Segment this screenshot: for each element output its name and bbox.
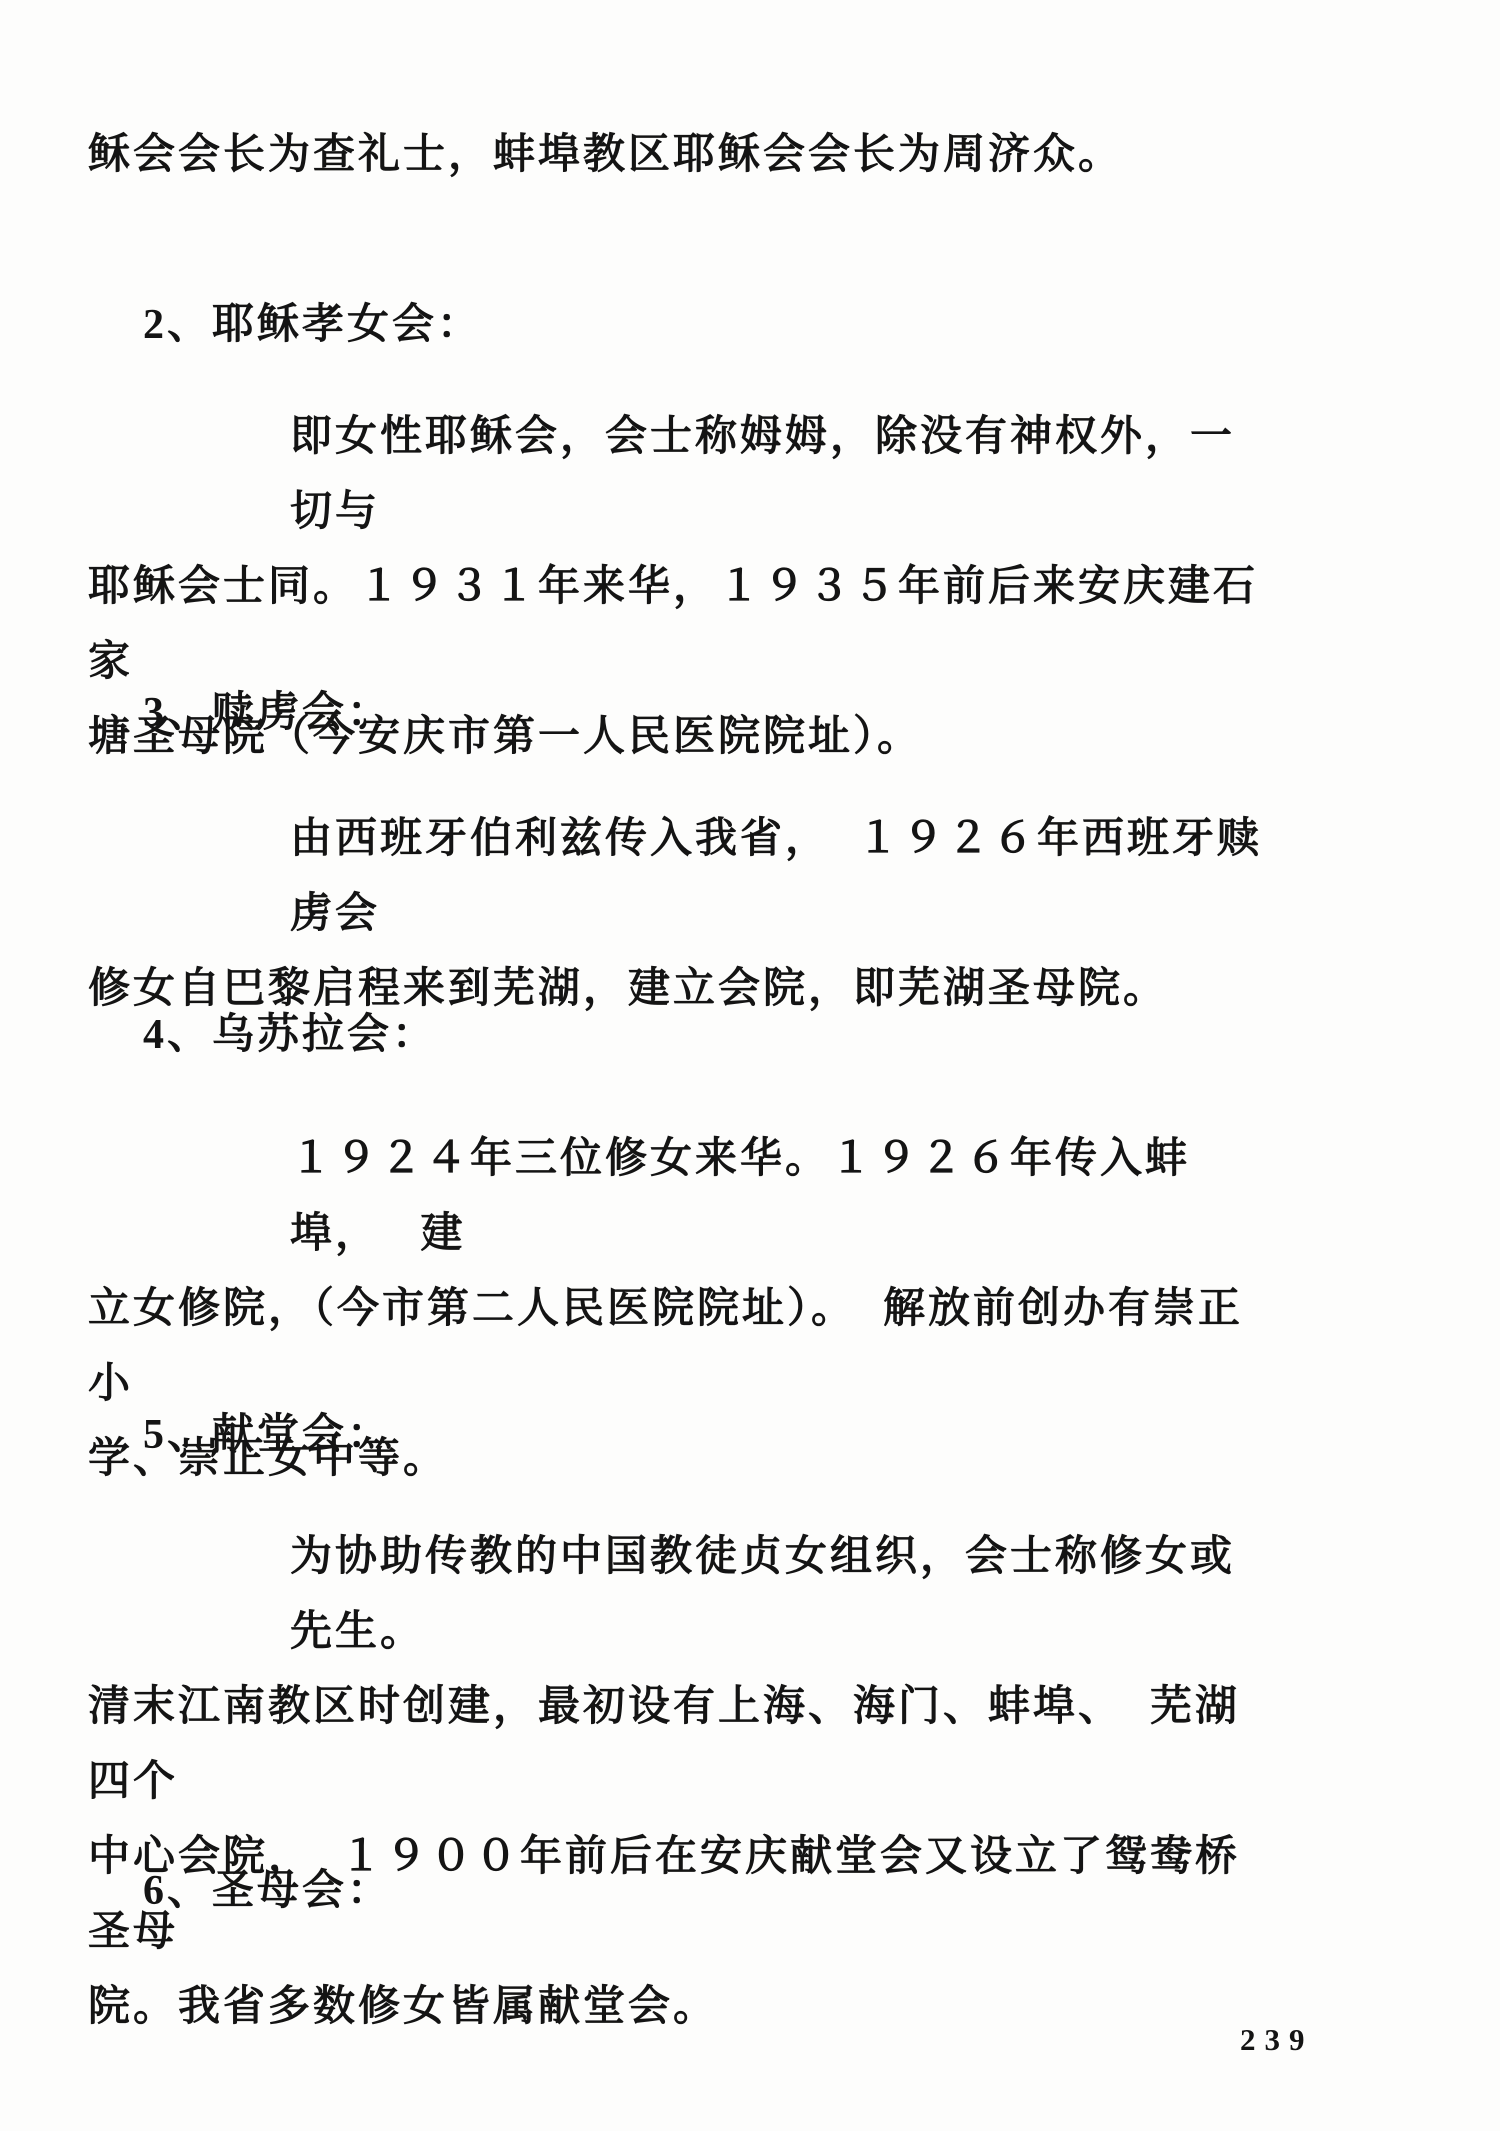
paragraph-line: 即女性耶稣会，会士称姆姆，除没有神权外，一切与 xyxy=(88,400,1268,550)
section-heading-5: 5、献堂会： xyxy=(143,1398,392,1473)
section-5-paragraph: 为协助传教的中国教徒贞女组织，会士称修女或先生。 清末江南教区时创建，最初设有上… xyxy=(88,1520,1268,2045)
scanned-document-page: 稣会会长为查礼士，蚌埠教区耶稣会会长为周济众。 2、耶稣孝女会： 即女性耶稣会，… xyxy=(0,0,1500,2131)
section-heading-3: 3、赎虏会： xyxy=(143,676,392,751)
section-heading-4: 4、乌苏拉会： xyxy=(143,998,437,1073)
section-heading-2: 2、耶稣孝女会： xyxy=(143,288,482,363)
paragraph-line: １９２４年三位修女来华。１９２６年传入蚌埠， 建 xyxy=(88,1122,1268,1272)
page-number: 239 xyxy=(1240,2022,1314,2058)
section-3-paragraph: 由西班牙伯利兹传入我省， １９２６年西班牙赎虏会 修女自巴黎启程来到芜湖，建立会… xyxy=(88,802,1268,1027)
paragraph-line: 院。我省多数修女皆属献堂会。 xyxy=(88,1970,1268,2045)
paragraph-line: 为协助传教的中国教徒贞女组织，会士称修女或先生。 xyxy=(88,1520,1268,1670)
section-heading-6: 6、圣母会： xyxy=(143,1854,392,1929)
paragraph-line: 清末江南教区时创建，最初设有上海、海门、蚌埠、 芜湖四个 xyxy=(88,1670,1268,1820)
continuation-line: 稣会会长为查礼士，蚌埠教区耶稣会会长为周济众。 xyxy=(88,118,1268,193)
paragraph-line: 由西班牙伯利兹传入我省， １９２６年西班牙赎虏会 xyxy=(88,802,1268,952)
